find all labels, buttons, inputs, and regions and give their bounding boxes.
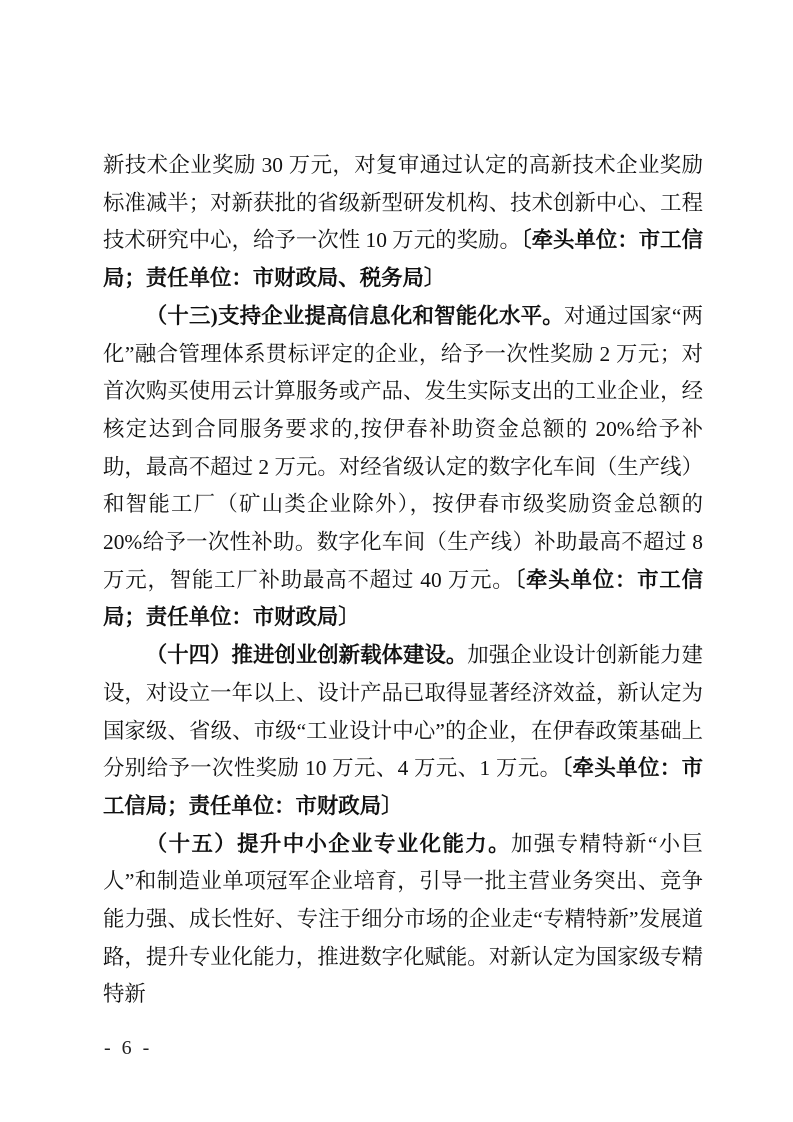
text-segment-heading: （十五）提升中小企业专业化能力。 xyxy=(146,832,511,856)
page-number: - 6 - xyxy=(104,1036,152,1060)
text-segment-heading: （十三)支持企业提高信息化和智能化水平。 xyxy=(146,304,564,328)
paragraph-item-15: （十五）提升中小企业专业化能力。加强专精特新“小巨人”和制造业单项冠军企业培育，… xyxy=(103,826,703,1015)
document-page: 新技术企业奖励 30 万元，对复审通过认定的高新技术企业奖励标准减半；对新获批的… xyxy=(0,0,793,1122)
paragraph-item-14: （十四）推进创业创新载体建设。加强企业设计创新能力建设，对设立一年以上、设计产品… xyxy=(103,637,703,826)
paragraph-item-13: （十三)支持企业提高信息化和智能化水平。对通过国家“两化”融合管理体系贯标评定的… xyxy=(103,298,703,637)
text-segment-heading: （十四）推进创业创新载体建设。 xyxy=(146,643,467,667)
text-segment-body: 加强专精特新“小巨人”和制造业单项冠军企业培育，引导一批主营业务突出、竞争能力强… xyxy=(103,832,703,1007)
paragraph-continuation: 新技术企业奖励 30 万元，对复审通过认定的高新技术企业奖励标准减半；对新获批的… xyxy=(103,147,703,298)
document-body: 新技术企业奖励 30 万元，对复审通过认定的高新技术企业奖励标准减半；对新获批的… xyxy=(103,147,703,1014)
text-segment-body: 对通过国家“两化”融合管理体系贯标评定的企业，给予一次性奖励 2 万元；对首次购… xyxy=(103,304,703,592)
